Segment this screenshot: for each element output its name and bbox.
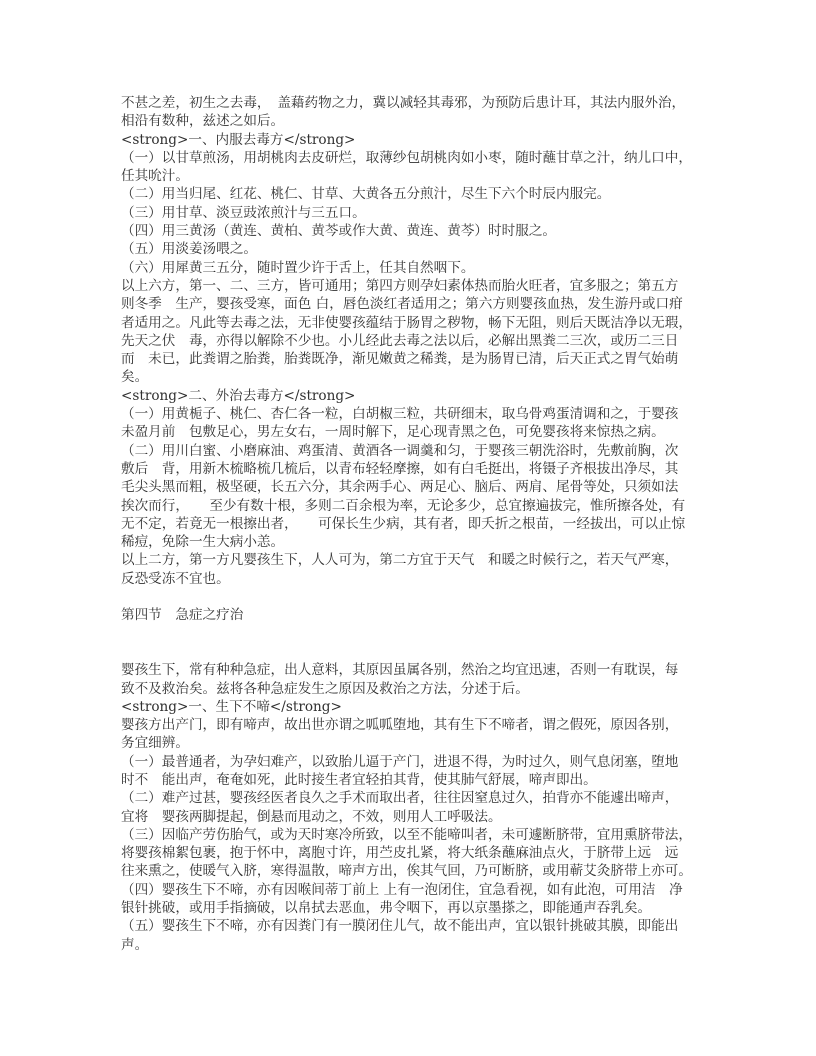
text-line: 而 未已，此粪谓之胎粪，胎粪既净，渐见嫩黄之稀粪，是为肠胃已清，后天正式之胃气始… <box>121 350 707 368</box>
text-line: （一）以甘草煎汤，用胡桃肉去皮研烂，取薄纱包胡桃肉如小枣，随时蘸甘草之汁，纳儿口… <box>121 149 707 167</box>
text-line: 务宜细辨。 <box>121 734 707 752</box>
text-line: （三）用甘草、淡豆豉浓煎汁与三五口。 <box>121 204 707 222</box>
text-line: 将婴孩棉絮包裹，抱于怀中，离胞寸许，用苎皮扎紧，将大纸条蘸麻油点火，于脐带上远 … <box>121 844 707 862</box>
document-page: 不甚之差，初生之去毒， 盖藉药物之力，冀以减轻其毒邪，为预防后患计耳，其法内服外… <box>0 0 816 1056</box>
text-line: 敷后 背，用新木梳略梳几梳后，以青布轻轻摩擦，如有白毛挺出，将镊子齐根拔出净尽，… <box>121 460 707 478</box>
text-line: 毛尖头黑而粗，极坚硬，长五六分，其余两手心、两足心、脑后、两肩、尾骨等处，只须如… <box>121 478 707 496</box>
text-line: 不甚之差，初生之去毒， 盖藉药物之力，冀以减轻其毒邪，为预防后患计耳，其法内服外… <box>121 94 707 112</box>
text-line: （二）用川白蜜、小磨麻油、鸡蛋清、黄酒各一调羹和匀，于婴孩三朝洗浴时，先敷前胸，… <box>121 442 707 460</box>
text-line: 以上二方，第一方凡婴孩生下，人人可为，第二方宜于天气 和暖之时候行之，若天气严寒… <box>121 551 707 569</box>
text-line: （二）难产过甚，婴孩经医者良久之手术而取出者，往往因窒息过久，拍背亦不能遽出啼声… <box>121 789 707 807</box>
subheading-line: <strong>一、生下不啼</strong> <box>121 698 707 716</box>
text-line: （一）最普通者，为孕妇难产，以致胎儿逼于产门，进退不得，为时过久，则气息闭塞，堕… <box>121 753 707 771</box>
text-line: （二）用当归尾、红花、桃仁、甘草、大黄各五分煎汁，尽生下六个时辰内服完。 <box>121 185 707 203</box>
subheading-line: <strong>二、外治去毒方</strong> <box>121 387 707 405</box>
text-line: 则冬季 生产，婴孩受寒，面色 白，唇色淡红者适用之；第六方则婴孩血热，发生游丹或… <box>121 295 707 313</box>
text-line: 矣。 <box>121 368 707 386</box>
document-body: 不甚之差，初生之去毒， 盖藉药物之力，冀以减轻其毒邪，为预防后患计耳，其法内服外… <box>121 94 707 954</box>
text-line: 任其吮汁。 <box>121 167 707 185</box>
text-line: 相沿有数种，兹述之如后。 <box>121 112 707 130</box>
text-line: 银针挑破，或用手指摘破，以帛拭去恶血，弗令咽下，再以京墨搽之，即能通声吞乳矣。 <box>121 899 707 917</box>
text-line: （三）因临产劳伤胎气，或为天时寒冷所致，以至不能啼叫者，未可遽断脐带，宜用熏脐带… <box>121 826 707 844</box>
text-line: 宜将 婴孩两脚提起，倒悬而甩动之，不效，则用人工呼吸法。 <box>121 808 707 826</box>
text-line: 婴孩生下，常有种种急症，出人意料，其原因虽属各别，然治之均宜迅速，否则一有耽误，… <box>121 661 707 679</box>
text-line: （六）用犀黄三五分，随时置少许于舌上，任其自然咽下。 <box>121 259 707 277</box>
text-line: （一）用黄栀子、桃仁、杏仁各一粒，白胡椒三粒，共研细末，取乌骨鸡蛋清调和之，于婴… <box>121 405 707 423</box>
text-line: 未盈月前 包敷足心，男左女右，一周时解下，足心现青黑之色，可免婴孩将来惊热之病。 <box>121 423 707 441</box>
text-line: 声。 <box>121 936 707 954</box>
text-line: 反恐受冻不宜也。 <box>121 570 707 588</box>
blank-line <box>121 588 707 606</box>
text-line: 往来熏之，使暖气入脐，寒得温散，啼声方出，俟其气回，乃可断脐，或用蕲艾灸脐带上亦… <box>121 862 707 880</box>
subheading-line: <strong>一、内服去毒方</strong> <box>121 131 707 149</box>
text-line: （四）婴孩生下不啼，亦有因喉间蒂丁前上 上有一泡闭住，宜急看视，如有此泡，可用洁… <box>121 881 707 899</box>
text-line: 先天之伏 毒，亦得以解除不少也。小儿经此去毒之法以后，必解出黑粪二三次，或历二三… <box>121 332 707 350</box>
blank-line <box>121 625 707 643</box>
text-line: 者适用之。凡此等去毒之法，无非使婴孩蕴结于肠胃之秽物，畅下无阻，则后天既洁净以无… <box>121 314 707 332</box>
text-line: 致不及救治矣。兹将各种急症发生之原因及救治之方法，分述于后。 <box>121 680 707 698</box>
section-heading: 第四节 急症之疗治 <box>121 606 707 624</box>
text-line: （四）用三黄汤（黄连、黄柏、黄芩或作大黄、黄连、黄芩）时时服之。 <box>121 222 707 240</box>
text-line: （五）用淡姜汤喂之。 <box>121 240 707 258</box>
blank-line <box>121 643 707 661</box>
text-line: （五）婴孩生下不啼，亦有因粪门有一膜闭住儿气，故不能出声，宜以银针挑破其膜，即能… <box>121 917 707 935</box>
text-line: 时不 能出声，奄奄如死，此时接生者宜轻拍其背，使其肺气舒展，啼声即出。 <box>121 771 707 789</box>
text-line: 以上六方，第一、二、三方，皆可通用；第四方则孕妇素体热而胎火旺者，宜多服之；第五… <box>121 277 707 295</box>
text-line: 婴孩方出产门，即有啼声，故出世亦谓之呱呱堕地，其有生下不啼者，谓之假死，原因各别… <box>121 716 707 734</box>
text-line: 稀痘，免除一生大病小恙。 <box>121 533 707 551</box>
text-line: 挨次而行， 至少有数十根，多则二百余根为率，无论多少，总宜擦遍拔完，惟所擦各处，… <box>121 497 707 515</box>
text-line: 无不定，若竟无一根擦出者， 可保长生少病，其有者，即夭折之根苗，一经拔出，可以止… <box>121 515 707 533</box>
